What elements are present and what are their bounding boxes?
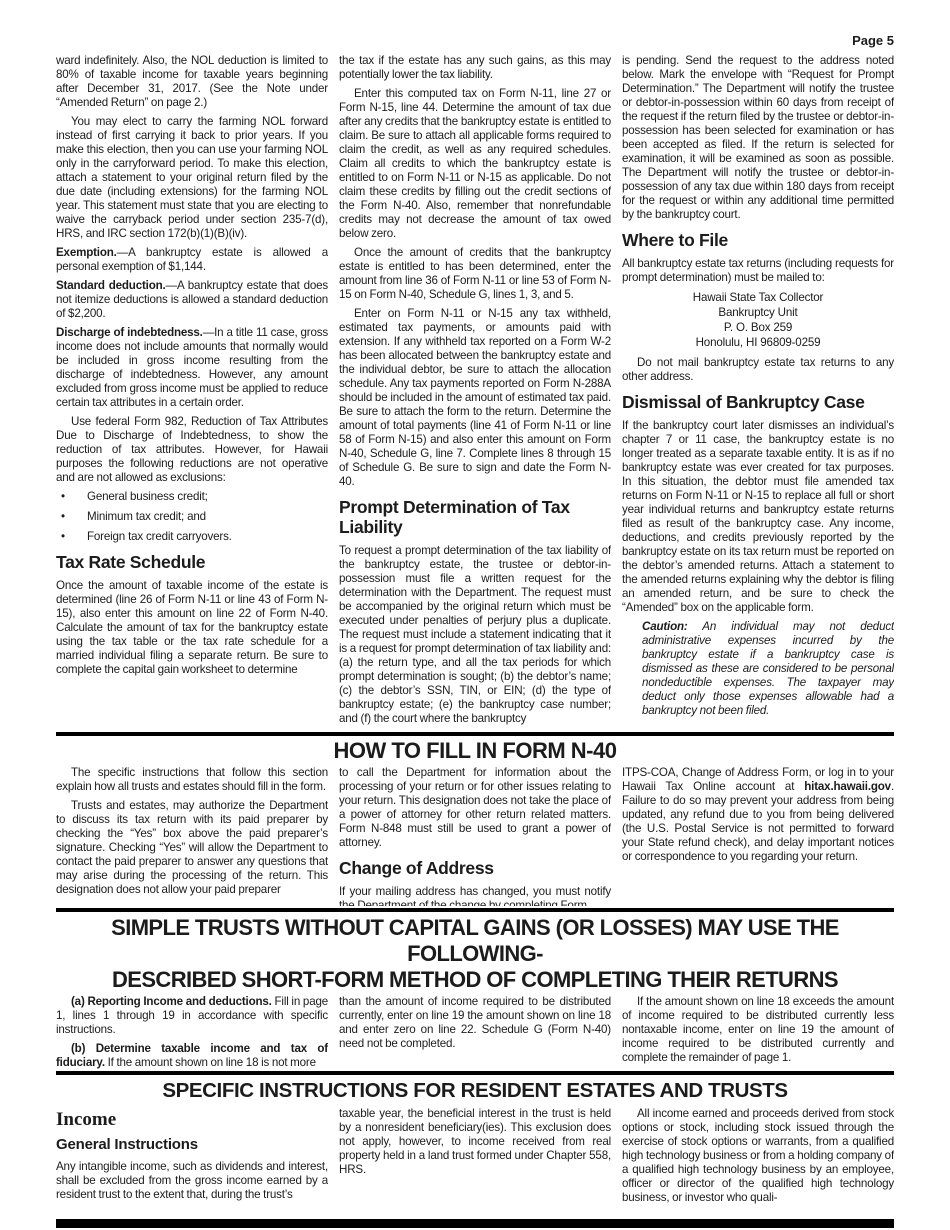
paragraph-no-other-address: Do not mail bankruptcy estate tax return… <box>622 356 894 384</box>
paragraph-line-19: than the amount of income required to be… <box>339 995 611 1051</box>
paragraph-designation: to call the Department for information a… <box>339 766 611 850</box>
paragraph-discharge: Discharge of indebtedness.—In a title 11… <box>56 326 328 410</box>
bottom-rule <box>56 1219 894 1228</box>
heading-prompt-determination: Prompt Determination of Tax Liability <box>339 497 611 537</box>
paragraph-exemption: Exemption.—A bankruptcy estate is allowe… <box>56 246 328 274</box>
paragraph-tax-gains: the tax if the estate has any such gains… <box>339 54 611 82</box>
top-column-3: is pending. Send the request to the addr… <box>622 54 894 730</box>
caution-note: Caution: An individual may not deduct ad… <box>642 620 894 718</box>
heading-tax-rate-schedule: Tax Rate Schedule <box>56 552 328 572</box>
horizontal-rule <box>56 1071 894 1075</box>
bullet-item: •Minimum tax credit; and <box>56 510 328 524</box>
how-column-2: to call the Department for information a… <box>339 766 611 906</box>
paragraph-pending-request: is pending. Send the request to the addr… <box>622 54 894 222</box>
bankruptcy-instructions-section: ward indefinitely. Also, the NOL deducti… <box>56 54 894 730</box>
paragraph-tax-rate: Once the amount of taxable income of the… <box>56 579 328 677</box>
document-page: Page 5 ward indefinitely. Also, the NOL … <box>0 0 950 1230</box>
caution-text: An individual may not deduct administrat… <box>642 620 894 717</box>
heading-income: Income <box>56 1109 328 1131</box>
paragraph-specific-instructions: The specific instructions that follow th… <box>56 766 328 794</box>
heading-change-of-address: Change of Address <box>339 858 611 878</box>
simple-trusts-section: (a) Reporting Income and deductions. Fil… <box>56 995 894 1069</box>
bullet-text: Foreign tax credit carryovers. <box>87 530 232 544</box>
item-a-lead: (a) Reporting Income and deductions. <box>71 995 272 1008</box>
paragraph-withheld-tax: Enter on Form N-11 or N-15 any tax withh… <box>339 307 611 489</box>
horizontal-rule <box>56 908 894 912</box>
discharge-lead: Discharge of indebtedness. <box>56 326 203 339</box>
bullet-item: •Foreign tax credit carryovers. <box>56 530 328 544</box>
paragraph-standard-deduction: Standard deduction.—A bankruptcy estate … <box>56 279 328 321</box>
heading-where-to-file: Where to File <box>622 230 894 250</box>
paragraph-mailing: All bankruptcy estate tax returns (inclu… <box>622 257 894 285</box>
address-line: Honolulu, HI 96809-0259 <box>622 335 894 350</box>
paragraph-address-changed: If your mailing address has changed, you… <box>339 885 611 906</box>
exemption-lead: Exemption. <box>56 246 117 259</box>
top-column-2: the tax if the estate has any such gains… <box>339 54 611 730</box>
mailing-address-block: Hawaii State Tax Collector Bankruptcy Un… <box>622 290 894 350</box>
heading-simple-trusts-line1: SIMPLE TRUSTS WITHOUT CAPITAL GAINS (OR … <box>56 915 894 967</box>
paragraph-credits-amount: Once the amount of credits that the bank… <box>339 246 611 302</box>
paragraph-stock-options: All income earned and proceeds derived f… <box>622 1107 894 1205</box>
paragraph-dismissal: If the bankruptcy court later dismisses … <box>622 419 894 615</box>
how-to-fill-section: The specific instructions that follow th… <box>56 766 894 906</box>
how-column-1: The specific instructions that follow th… <box>56 766 328 906</box>
top-column-1: ward indefinitely. Also, the NOL deducti… <box>56 54 328 730</box>
bullet-icon: • <box>56 530 87 544</box>
hitax-url: hitax.hawaii.gov <box>804 780 891 793</box>
caution-lead: Caution: <box>642 620 688 633</box>
paragraph-computed-tax: Enter this computed tax on Form N-11, li… <box>339 87 611 241</box>
specific-instructions-section: Income General Instructions Any intangib… <box>56 1107 894 1205</box>
paragraph-prompt-request: To request a prompt determination of the… <box>339 544 611 726</box>
how-column-3: ITPS-COA, Change of Address Form, or log… <box>622 766 894 906</box>
bullet-item: •General business credit; <box>56 490 328 504</box>
heading-dismissal: Dismissal of Bankruptcy Case <box>622 392 894 412</box>
standard-deduction-lead: Standard deduction. <box>56 279 166 292</box>
paragraph-line-18-exceeds: If the amount shown on line 18 exceeds t… <box>622 995 894 1065</box>
paragraph-paid-preparer: Trusts and estates, may authorize the De… <box>56 799 328 897</box>
specific-column-2: taxable year, the beneficial interest in… <box>339 1107 611 1205</box>
paragraph-taxable-year: taxable year, the beneficial interest in… <box>339 1107 611 1177</box>
paragraph-reporting-income: (a) Reporting Income and deductions. Fil… <box>56 995 328 1037</box>
page-content: Page 5 ward indefinitely. Also, the NOL … <box>56 0 894 1205</box>
bullet-text: General business credit; <box>87 490 208 504</box>
horizontal-rule <box>56 732 894 736</box>
paragraph-itps-coa: ITPS-COA, Change of Address Form, or log… <box>622 766 894 864</box>
address-line: Bankruptcy Unit <box>622 305 894 320</box>
heading-general-instructions: General Instructions <box>56 1136 328 1153</box>
specific-column-3: All income earned and proceeds derived f… <box>622 1107 894 1205</box>
heading-how-to-fill: HOW TO FILL IN FORM N-40 <box>56 738 894 764</box>
heading-simple-trusts: SIMPLE TRUSTS WITHOUT CAPITAL GAINS (OR … <box>56 915 894 993</box>
page-number: Page 5 <box>852 33 894 48</box>
paragraph-determine-taxable: (b) Determine taxable income and tax of … <box>56 1042 328 1069</box>
paragraph-nol-continuation: ward indefinitely. Also, the NOL deducti… <box>56 54 328 110</box>
paragraph-intangible-income: Any intangible income, such as dividends… <box>56 1160 328 1202</box>
paragraph-form-982: Use federal Form 982, Reduction of Tax A… <box>56 415 328 485</box>
heading-specific-instructions: SPECIFIC INSTRUCTIONS FOR RESIDENT ESTAT… <box>56 1079 894 1103</box>
bullet-text: Minimum tax credit; and <box>87 510 206 524</box>
simple-column-3: If the amount shown on line 18 exceeds t… <box>622 995 894 1069</box>
heading-simple-trusts-line2: DESCRIBED SHORT-FORM METHOD OF COMPLETIN… <box>56 967 894 993</box>
bullet-icon: • <box>56 490 87 504</box>
simple-column-2: than the amount of income required to be… <box>339 995 611 1069</box>
simple-column-1: (a) Reporting Income and deductions. Fil… <box>56 995 328 1069</box>
address-line: Hawaii State Tax Collector <box>622 290 894 305</box>
address-line: P. O. Box 259 <box>622 320 894 335</box>
paragraph-farming-nol: You may elect to carry the farming NOL f… <box>56 115 328 241</box>
item-b-text: If the amount shown on line 18 is not mo… <box>105 1056 316 1069</box>
bullet-icon: • <box>56 510 87 524</box>
specific-column-1: Income General Instructions Any intangib… <box>56 1107 328 1205</box>
